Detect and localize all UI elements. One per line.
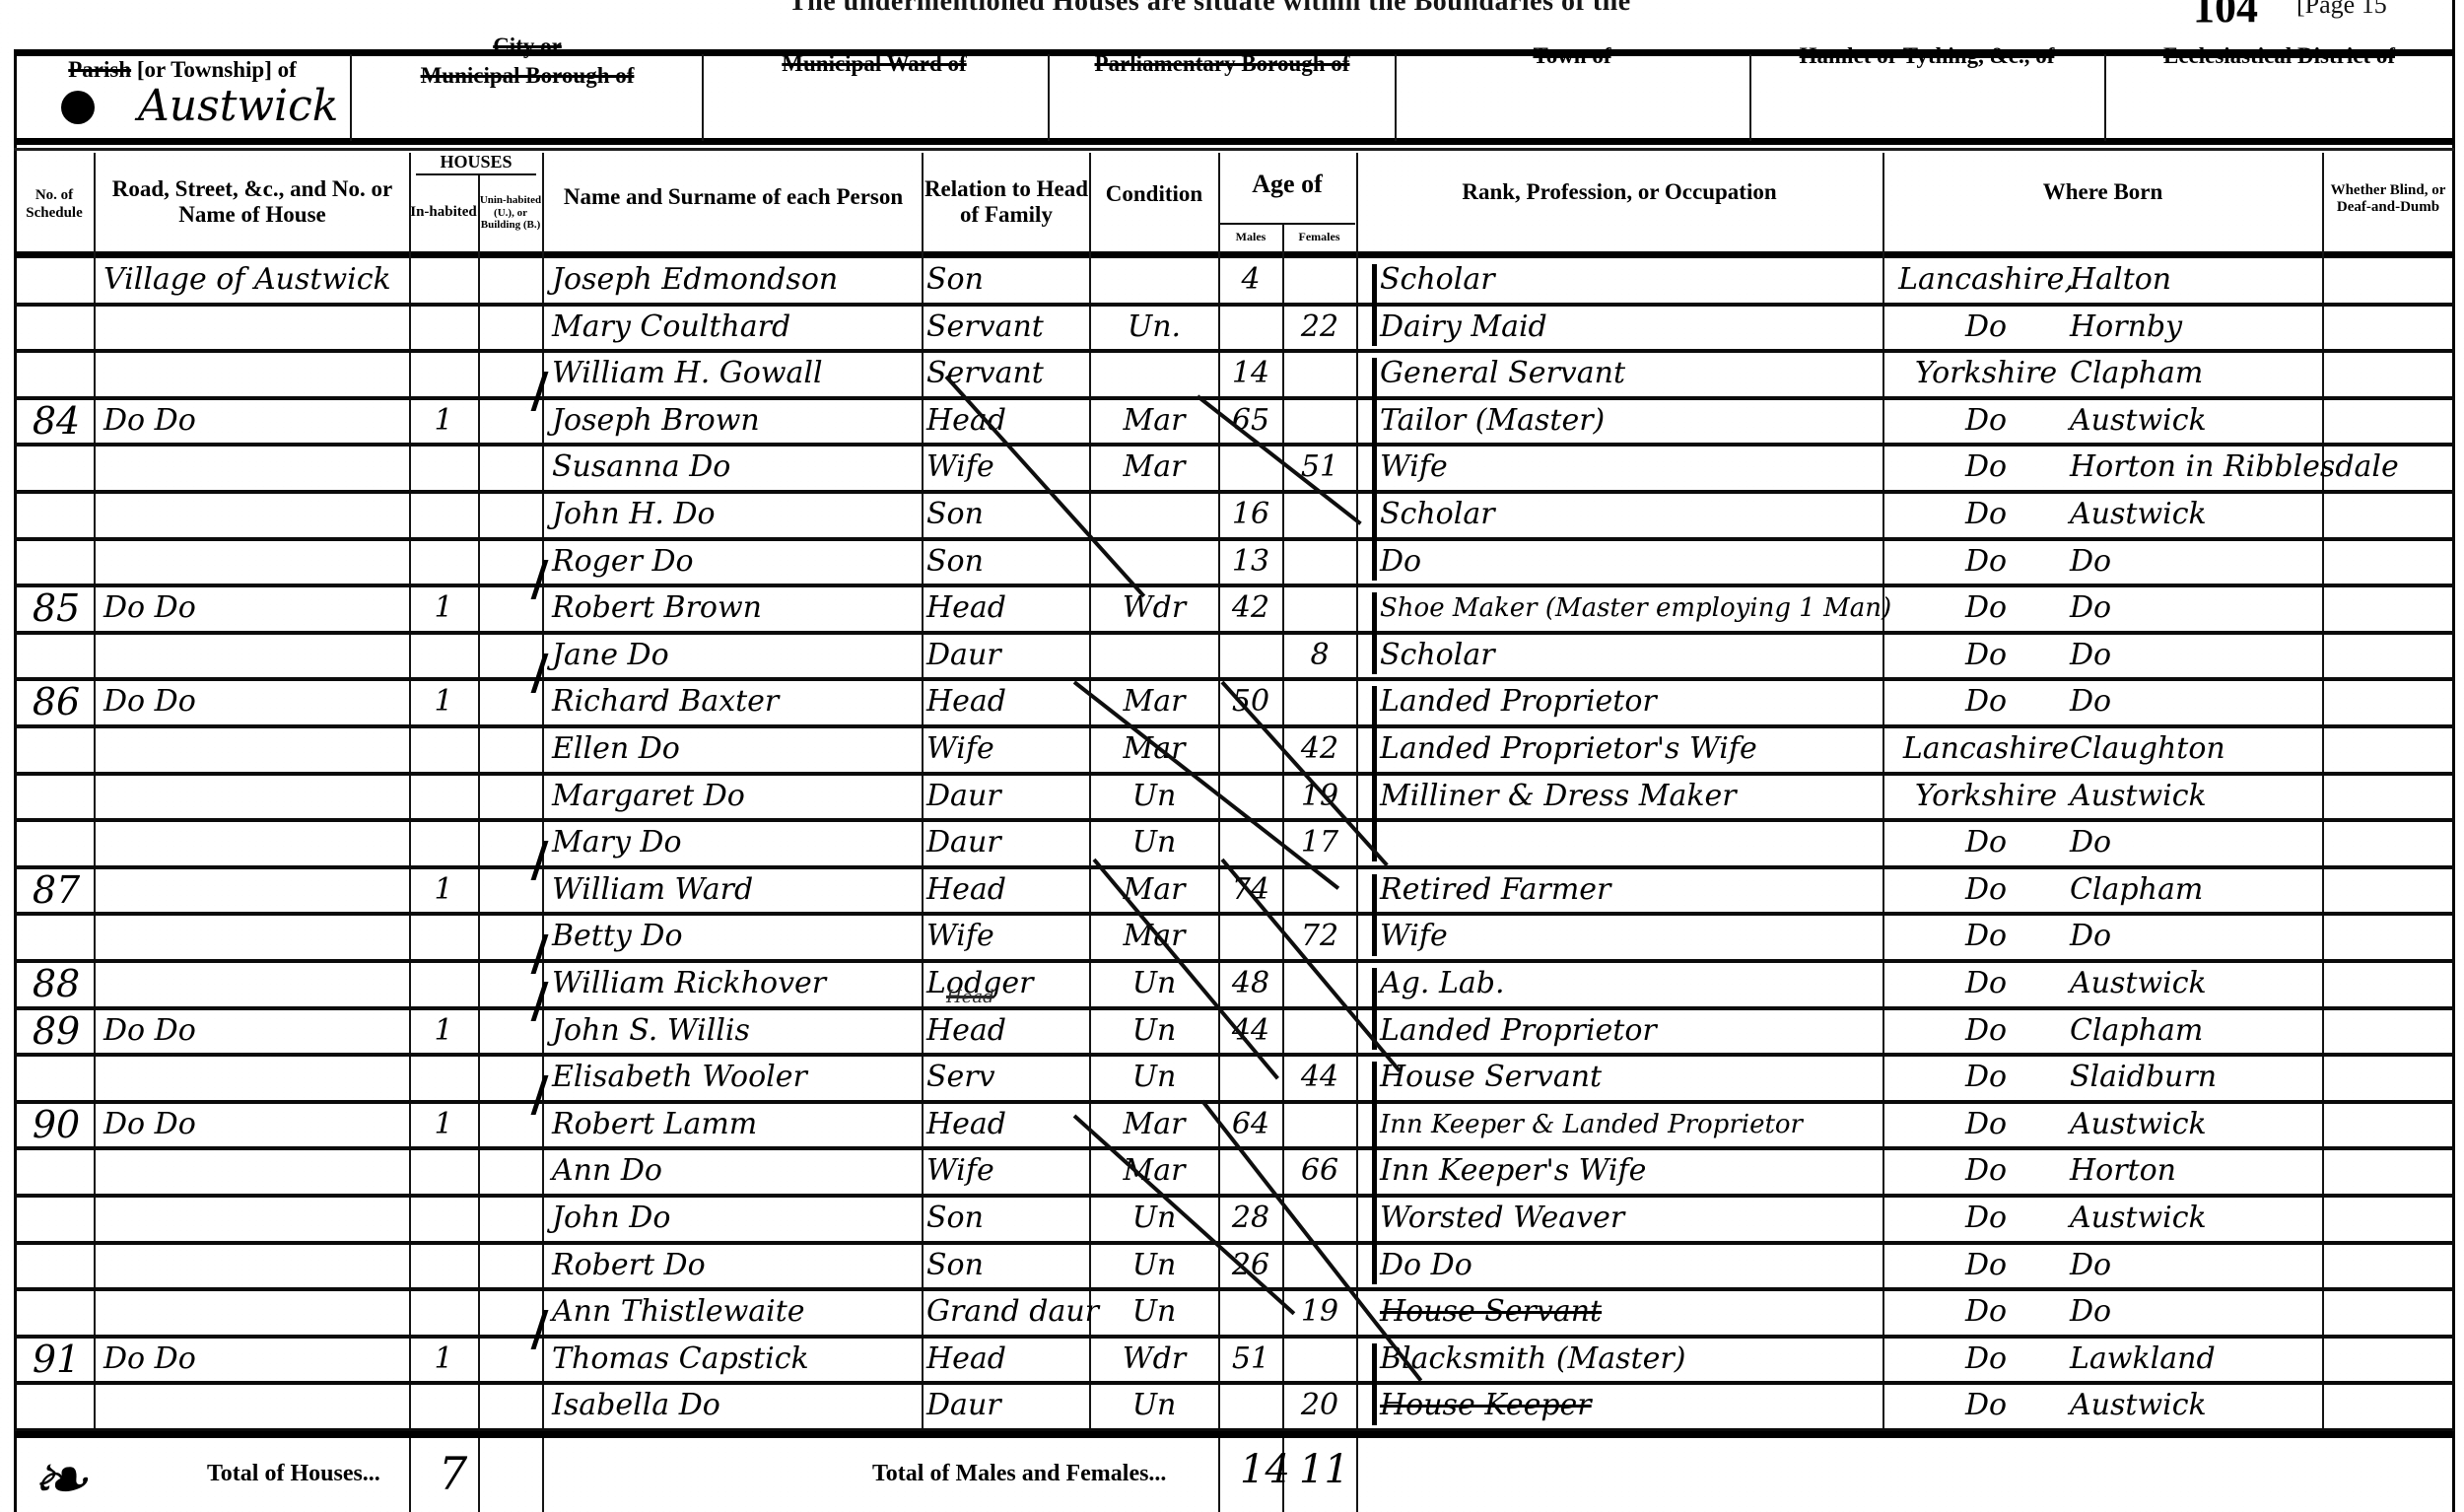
cell-relation: Son bbox=[926, 540, 1084, 584]
col-divider bbox=[409, 153, 411, 1512]
cell-road bbox=[103, 1056, 399, 1099]
cell-road: Do Do bbox=[103, 1338, 399, 1381]
cell-condition: Un bbox=[1094, 1056, 1214, 1099]
cell-born-place: Austwick bbox=[2070, 493, 2316, 536]
occupation-bracket-mark bbox=[1372, 358, 1377, 581]
col-header-blind: Whether Blind, or Deaf-and-Dumb bbox=[2324, 150, 2452, 248]
cell-relation: Wife bbox=[926, 1149, 1084, 1193]
cell-schedule bbox=[22, 634, 91, 677]
cell-relation: Head bbox=[926, 1009, 1084, 1053]
cell-schedule: 90 bbox=[22, 1103, 91, 1146]
cell-inhabited bbox=[414, 962, 473, 1005]
cell-inhabited bbox=[414, 258, 473, 302]
cell-name: Robert Lamm bbox=[552, 1103, 917, 1146]
cell-schedule: 84 bbox=[22, 399, 91, 443]
cell-born-county: Do bbox=[1897, 493, 2075, 536]
cell-name: Isabella Do bbox=[552, 1384, 917, 1427]
cell-condition bbox=[1094, 493, 1214, 536]
cell-name: Thomas Capstick bbox=[552, 1338, 917, 1381]
cell-condition: Un bbox=[1094, 1197, 1214, 1240]
houses-underline bbox=[416, 173, 536, 175]
cell-born-county: Yorkshire bbox=[1897, 352, 2075, 395]
cell-occupation: Scholar bbox=[1380, 493, 1878, 536]
cell-born-county: Do bbox=[1897, 962, 2075, 1005]
cell-born-place: Hornby bbox=[2070, 306, 2316, 349]
cell-female-age bbox=[1284, 1103, 1355, 1146]
cell-female-age bbox=[1284, 680, 1355, 723]
occupation-bracket-mark bbox=[1372, 1062, 1377, 1284]
cell-occupation: House Servant bbox=[1380, 1056, 1878, 1099]
cell-condition: Wdr bbox=[1094, 1338, 1214, 1381]
cell-inhabited: 1 bbox=[414, 680, 473, 723]
cell-schedule: 89 bbox=[22, 1009, 91, 1053]
cell-occupation bbox=[1380, 821, 1878, 864]
cell-inhabited bbox=[414, 352, 473, 395]
cell-relation: Wife bbox=[926, 446, 1084, 489]
cell-inhabited: 1 bbox=[414, 1103, 473, 1146]
cell-name: Susanna Do bbox=[552, 446, 917, 489]
cell-road bbox=[103, 1197, 399, 1240]
cell-occupation: General Servant bbox=[1380, 352, 1878, 395]
cell-road bbox=[103, 868, 399, 912]
occupation-bracket-mark bbox=[1372, 1343, 1377, 1425]
cell-name: John Do bbox=[552, 1197, 917, 1240]
cell-female-age: 72 bbox=[1284, 915, 1355, 958]
cell-relation: Head bbox=[926, 586, 1084, 630]
cell-name: Ann Thistlewaite bbox=[552, 1290, 917, 1334]
cell-inhabited bbox=[414, 493, 473, 536]
cell-relation: Servant bbox=[926, 306, 1084, 349]
cell-born-place: Clapham bbox=[2070, 868, 2316, 912]
cell-schedule: 85 bbox=[22, 586, 91, 630]
cell-name: William Rickhover bbox=[552, 962, 917, 1005]
cell-road: Do Do bbox=[103, 1103, 399, 1146]
cell-schedule bbox=[22, 915, 91, 958]
cell-born-place: Slaidburn bbox=[2070, 1056, 2316, 1099]
cell-born-place: Do bbox=[2070, 1290, 2316, 1334]
cell-relation: Son bbox=[926, 493, 1084, 536]
cell-born-place: Do bbox=[2070, 680, 2316, 723]
cell-born-place: Do bbox=[2070, 634, 2316, 677]
occupation-bracket-mark bbox=[1372, 264, 1377, 346]
col-header-age: Age of bbox=[1219, 150, 1355, 219]
cell-road: Village of Austwick bbox=[103, 258, 399, 302]
cell-born-place: Do bbox=[2070, 915, 2316, 958]
cell-schedule bbox=[22, 1290, 91, 1334]
total-houses-label: Total of Houses... bbox=[207, 1461, 380, 1487]
cell-road bbox=[103, 493, 399, 536]
cell-born-county: Do bbox=[1897, 306, 2075, 349]
col-header-uninhabited: Unin-habited (U.), or Building (B.) bbox=[479, 177, 542, 248]
cell-female-age bbox=[1284, 540, 1355, 584]
cell-condition: Mar bbox=[1094, 1103, 1214, 1146]
column-header-bottom-rule bbox=[14, 251, 2454, 258]
cell-schedule bbox=[22, 727, 91, 771]
page-header-title: The undermentioned Houses are situate wi… bbox=[788, 0, 1631, 18]
cell-name: Roger Do bbox=[552, 540, 917, 584]
cell-born-place: Austwick bbox=[2070, 1103, 2316, 1146]
cell-name: John S. Willis bbox=[552, 1009, 917, 1053]
folio-number: 104 bbox=[2193, 0, 2258, 33]
cell-born-county: Do bbox=[1897, 586, 2075, 630]
cell-condition: Un bbox=[1094, 1244, 1214, 1287]
cell-female-age: 22 bbox=[1284, 306, 1355, 349]
cell-female-age bbox=[1284, 399, 1355, 443]
cell-born-place: Austwick bbox=[2070, 1197, 2316, 1240]
cell-occupation: Inn Keeper's Wife bbox=[1380, 1149, 1878, 1193]
cell-male-age: 42 bbox=[1220, 586, 1281, 630]
municipal-ward-label: Municipal Ward of bbox=[712, 51, 1037, 77]
cell-inhabited bbox=[414, 446, 473, 489]
cell-road bbox=[103, 306, 399, 349]
cell-female-age bbox=[1284, 493, 1355, 536]
cell-name: Joseph Edmondson bbox=[552, 258, 917, 302]
cell-occupation: Worsted Weaver bbox=[1380, 1197, 1878, 1240]
cell-male-age: 14 bbox=[1220, 352, 1281, 395]
cell-schedule bbox=[22, 446, 91, 489]
page-left-border bbox=[14, 54, 17, 1512]
cell-inhabited bbox=[414, 1056, 473, 1099]
cell-name: Richard Baxter bbox=[552, 680, 917, 723]
cell-schedule: 91 bbox=[22, 1338, 91, 1381]
col-header-relation: Relation to Head of Family bbox=[924, 153, 1089, 251]
col-header-males: Males bbox=[1219, 225, 1282, 250]
cell-born-place: Austwick bbox=[2070, 399, 2316, 443]
cell-relation: Daur bbox=[926, 775, 1084, 818]
cell-born-place: Clapham bbox=[2070, 1009, 2316, 1053]
cell-female-age: 8 bbox=[1284, 634, 1355, 677]
cell-born-place: Halton bbox=[2070, 258, 2316, 302]
col-header-inhabited: In-habited bbox=[410, 177, 477, 248]
cell-born-county: Lancashire, bbox=[1897, 258, 2075, 302]
town-label: Town of bbox=[1404, 43, 1740, 69]
cell-road bbox=[103, 1149, 399, 1193]
parish-label-rest: [or Township] of bbox=[137, 57, 297, 82]
municipal-borough-label: Municipal Borough of bbox=[360, 63, 695, 89]
cell-inhabited: 1 bbox=[414, 1009, 473, 1053]
cell-condition: Mar bbox=[1094, 446, 1214, 489]
cell-schedule bbox=[22, 775, 91, 818]
cell-name: Robert Brown bbox=[552, 586, 917, 630]
cell-male-age bbox=[1220, 821, 1281, 864]
cell-road bbox=[103, 634, 399, 677]
cell-male-age: 28 bbox=[1220, 1197, 1281, 1240]
cell-relation: Wife bbox=[926, 727, 1084, 771]
total-persons-label: Total of Males and Females... bbox=[872, 1461, 1166, 1487]
cell-female-age bbox=[1284, 586, 1355, 630]
cell-condition: Wdr bbox=[1094, 586, 1214, 630]
col-header-road: Road, Street, &c., and No. or Name of Ho… bbox=[95, 153, 410, 251]
cell-born-place: Clapham bbox=[2070, 352, 2316, 395]
cell-male-age bbox=[1220, 1056, 1281, 1099]
occupation-bracket-mark bbox=[1372, 874, 1377, 956]
cell-road bbox=[103, 352, 399, 395]
cell-road bbox=[103, 962, 399, 1005]
cell-name: Jane Do bbox=[552, 634, 917, 677]
cell-road: Do Do bbox=[103, 399, 399, 443]
cell-born-county: Do bbox=[1897, 1056, 2075, 1099]
cell-schedule bbox=[22, 1244, 91, 1287]
cell-born-place: Do bbox=[2070, 1244, 2316, 1287]
col-divider bbox=[478, 175, 480, 1512]
cell-occupation: Landed Proprietor bbox=[1380, 680, 1878, 723]
col-header-females: Females bbox=[1283, 225, 1355, 250]
cell-condition bbox=[1094, 258, 1214, 302]
cell-female-age: 44 bbox=[1284, 1056, 1355, 1099]
boundary-divider bbox=[2104, 54, 2106, 141]
cell-schedule bbox=[22, 1197, 91, 1240]
cell-road bbox=[103, 1384, 399, 1427]
cell-road bbox=[103, 727, 399, 771]
hamlet-label: Hamlet or Tything, &c., of bbox=[1754, 43, 2099, 69]
cell-born-place: Horton bbox=[2070, 1149, 2316, 1193]
cell-occupation: Landed Proprietor's Wife bbox=[1380, 727, 1878, 771]
cell-occupation: Wife bbox=[1380, 446, 1878, 489]
total-houses-value: 7 bbox=[439, 1447, 467, 1500]
cell-relation: Daur bbox=[926, 821, 1084, 864]
col-header-houses: HOUSES bbox=[410, 150, 542, 173]
cell-name: William Ward bbox=[552, 868, 917, 912]
cell-female-age: 19 bbox=[1284, 775, 1355, 818]
cell-occupation: Blacksmith (Master) bbox=[1380, 1338, 1878, 1381]
ecclesiastical-district-label: Ecclesiastical District of bbox=[2109, 43, 2449, 69]
cell-born-county: Do bbox=[1897, 399, 2075, 443]
cell-occupation: Milliner & Dress Maker bbox=[1380, 775, 1878, 818]
cell-schedule bbox=[22, 493, 91, 536]
cell-born-county: Do bbox=[1897, 1009, 2075, 1053]
cell-born-place: Austwick bbox=[2070, 775, 2316, 818]
cell-born-county: Yorkshire bbox=[1897, 775, 2075, 818]
cell-condition: Un bbox=[1094, 821, 1214, 864]
cell-road: Do Do bbox=[103, 586, 399, 630]
cell-relation: Daur bbox=[926, 1384, 1084, 1427]
cell-born-county: Do bbox=[1897, 1244, 2075, 1287]
enumerator-flourish-mark: ❧ bbox=[30, 1439, 88, 1512]
cell-condition bbox=[1094, 634, 1214, 677]
cell-male-age bbox=[1220, 634, 1281, 677]
cell-schedule bbox=[22, 352, 91, 395]
cell-inhabited bbox=[414, 1149, 473, 1193]
cell-male-age bbox=[1220, 775, 1281, 818]
cell-occupation: Retired Farmer bbox=[1380, 868, 1878, 912]
cell-name: John H. Do bbox=[552, 493, 917, 536]
cell-road bbox=[103, 1290, 399, 1334]
cell-female-age: 17 bbox=[1284, 821, 1355, 864]
cell-female-age bbox=[1284, 962, 1355, 1005]
cell-road: Do Do bbox=[103, 680, 399, 723]
cell-born-county: Do bbox=[1897, 1149, 2075, 1193]
col-divider bbox=[542, 153, 544, 1512]
cell-female-age bbox=[1284, 1338, 1355, 1381]
cell-female-age: 20 bbox=[1284, 1384, 1355, 1427]
cell-born-place: Austwick bbox=[2070, 962, 2316, 1005]
cell-schedule bbox=[22, 1056, 91, 1099]
cell-road bbox=[103, 775, 399, 818]
cell-name: Ann Do bbox=[552, 1149, 917, 1193]
cell-female-age: 51 bbox=[1284, 446, 1355, 489]
cell-born-place: Horton in Ribblesdale bbox=[2070, 446, 2316, 489]
cell-schedule bbox=[22, 540, 91, 584]
cell-relation: Servant bbox=[926, 352, 1084, 395]
cell-road bbox=[103, 540, 399, 584]
cell-occupation: Inn Keeper & Landed Proprietor bbox=[1380, 1103, 1878, 1146]
city-label: City or bbox=[360, 34, 695, 59]
cell-born-county: Lancashire bbox=[1897, 727, 2075, 771]
cell-occupation: Do bbox=[1380, 540, 1878, 584]
col-header-schedule: No. of Schedule bbox=[14, 158, 95, 251]
header-bottom-rule bbox=[14, 138, 2454, 145]
cell-born-place: Do bbox=[2070, 821, 2316, 864]
cell-born-county: Do bbox=[1897, 1290, 2075, 1334]
cell-born-county: Do bbox=[1897, 634, 2075, 677]
cell-inhabited: 1 bbox=[414, 868, 473, 912]
cell-occupation: Ag. Lab. bbox=[1380, 962, 1878, 1005]
cell-born-place: Do bbox=[2070, 586, 2316, 630]
cell-occupation: Shoe Maker (Master employing 1 Man) bbox=[1380, 586, 1878, 630]
cell-relation: Head bbox=[926, 399, 1084, 443]
cell-schedule bbox=[22, 258, 91, 302]
cell-condition bbox=[1094, 352, 1214, 395]
cell-male-age: 48 bbox=[1220, 962, 1281, 1005]
cell-name: Mary Coulthard bbox=[552, 306, 917, 349]
cell-road: Do Do bbox=[103, 1009, 399, 1053]
cell-born-county: Do bbox=[1897, 1103, 2075, 1146]
cell-condition: Un bbox=[1094, 1290, 1214, 1334]
cell-condition: Un bbox=[1094, 1009, 1214, 1053]
cell-schedule: 87 bbox=[22, 868, 91, 912]
cell-born-county: Do bbox=[1897, 915, 2075, 958]
cell-inhabited: 1 bbox=[414, 586, 473, 630]
cell-condition: Un bbox=[1094, 775, 1214, 818]
cell-occupation: Scholar bbox=[1380, 634, 1878, 677]
boundary-divider bbox=[1395, 54, 1397, 141]
cell-born-county: Do bbox=[1897, 1197, 2075, 1240]
cell-born-county: Do bbox=[1897, 680, 2075, 723]
cell-name: Joseph Brown bbox=[552, 399, 917, 443]
col-header-condition: Condition bbox=[1090, 153, 1218, 237]
cell-born-county: Do bbox=[1897, 446, 2075, 489]
cell-road bbox=[103, 915, 399, 958]
cell-name: Margaret Do bbox=[552, 775, 917, 818]
cell-schedule bbox=[22, 306, 91, 349]
cell-inhabited bbox=[414, 821, 473, 864]
cell-inhabited bbox=[414, 915, 473, 958]
cell-condition: Mar bbox=[1094, 868, 1214, 912]
cell-born-county: Do bbox=[1897, 821, 2075, 864]
cell-born-place: Austwick bbox=[2070, 1384, 2316, 1427]
cell-female-age: 66 bbox=[1284, 1149, 1355, 1193]
cell-occupation: Scholar bbox=[1380, 258, 1878, 302]
cell-inhabited bbox=[414, 1197, 473, 1240]
cell-name: Robert Do bbox=[552, 1244, 917, 1287]
cell-relation: Son bbox=[926, 1244, 1084, 1287]
cell-inhabited bbox=[414, 727, 473, 771]
cell-male-age: 16 bbox=[1220, 493, 1281, 536]
cell-inhabited bbox=[414, 540, 473, 584]
cell-relation: Head bbox=[926, 680, 1084, 723]
cell-relation: Daur bbox=[926, 634, 1084, 677]
cell-occupation: Dairy Maid bbox=[1380, 306, 1878, 349]
cell-relation: Son bbox=[926, 1197, 1084, 1240]
cell-male-age: 26 bbox=[1220, 1244, 1281, 1287]
cell-inhabited bbox=[414, 775, 473, 818]
cell-name: Betty Do bbox=[552, 915, 917, 958]
cell-name: Mary Do bbox=[552, 821, 917, 864]
cell-female-age bbox=[1284, 1009, 1355, 1053]
cell-road bbox=[103, 1244, 399, 1287]
cell-born-county: Do bbox=[1897, 540, 2075, 584]
boundary-divider bbox=[1048, 54, 1050, 141]
cell-condition: Mar bbox=[1094, 727, 1214, 771]
page-number-label: [Page 15 bbox=[2296, 0, 2387, 20]
cell-born-place: Claughton bbox=[2070, 727, 2316, 771]
cell-inhabited bbox=[414, 1290, 473, 1334]
boundary-divider bbox=[702, 54, 704, 141]
cell-inhabited bbox=[414, 634, 473, 677]
cell-relation: Head bbox=[926, 868, 1084, 912]
cell-born-county: Do bbox=[1897, 868, 2075, 912]
totals-top-rule bbox=[14, 1431, 2454, 1438]
parish-struck-word: Parish bbox=[68, 57, 131, 82]
parish-value: Austwick bbox=[138, 81, 338, 131]
cell-occupation: Tailor (Master) bbox=[1380, 399, 1878, 443]
cell-occupation: Do Do bbox=[1380, 1244, 1878, 1287]
cell-born-place: Do bbox=[2070, 540, 2316, 584]
cell-male-age bbox=[1220, 1384, 1281, 1427]
cell-female-age bbox=[1284, 258, 1355, 302]
cell-inhabited bbox=[414, 1244, 473, 1287]
cell-condition: Mar bbox=[1094, 680, 1214, 723]
cell-inhabited bbox=[414, 306, 473, 349]
ink-blot bbox=[61, 91, 95, 124]
cell-inhabited: 1 bbox=[414, 1338, 473, 1381]
cell-schedule bbox=[22, 1384, 91, 1427]
cell-born-county: Do bbox=[1897, 1338, 2075, 1381]
page-right-border bbox=[2452, 0, 2455, 1512]
cell-condition: Mar bbox=[1094, 399, 1214, 443]
cell-road bbox=[103, 446, 399, 489]
cell-schedule bbox=[22, 1149, 91, 1193]
cell-inhabited bbox=[414, 1384, 473, 1427]
cell-condition: Mar bbox=[1094, 915, 1214, 958]
col-header-where-born: Where Born bbox=[1884, 153, 2321, 232]
col-header-occupation: Rank, Profession, or Occupation bbox=[1358, 153, 1881, 232]
occupation-bracket-mark bbox=[1372, 592, 1377, 674]
cell-schedule bbox=[22, 821, 91, 864]
cell-occupation: Landed Proprietor bbox=[1380, 1009, 1878, 1053]
occupation-bracket-mark bbox=[1372, 686, 1377, 861]
cell-relation: Wife bbox=[926, 915, 1084, 958]
col-header-name: Name and Surname of each Person bbox=[544, 158, 923, 237]
cell-road bbox=[103, 821, 399, 864]
cell-schedule: 88 bbox=[22, 962, 91, 1005]
cell-condition: Un bbox=[1094, 1384, 1214, 1427]
cell-name: Ellen Do bbox=[552, 727, 917, 771]
cell-occupation: House Servant bbox=[1380, 1290, 1878, 1334]
cell-condition: Un. bbox=[1094, 306, 1214, 349]
cell-name: William H. Gowall bbox=[552, 352, 917, 395]
cell-male-age: 4 bbox=[1220, 258, 1281, 302]
cell-relation: Son bbox=[926, 258, 1084, 302]
cell-relation: Head bbox=[926, 1338, 1084, 1381]
cell-occupation: House Keeper bbox=[1380, 1384, 1878, 1427]
cell-relation: Head bbox=[926, 1103, 1084, 1146]
cell-name: Elisabeth Wooler bbox=[552, 1056, 917, 1099]
cell-male-age bbox=[1220, 306, 1281, 349]
cell-inhabited: 1 bbox=[414, 399, 473, 443]
cell-born-place: Lawkland bbox=[2070, 1338, 2316, 1381]
boundary-divider bbox=[1749, 54, 1751, 141]
